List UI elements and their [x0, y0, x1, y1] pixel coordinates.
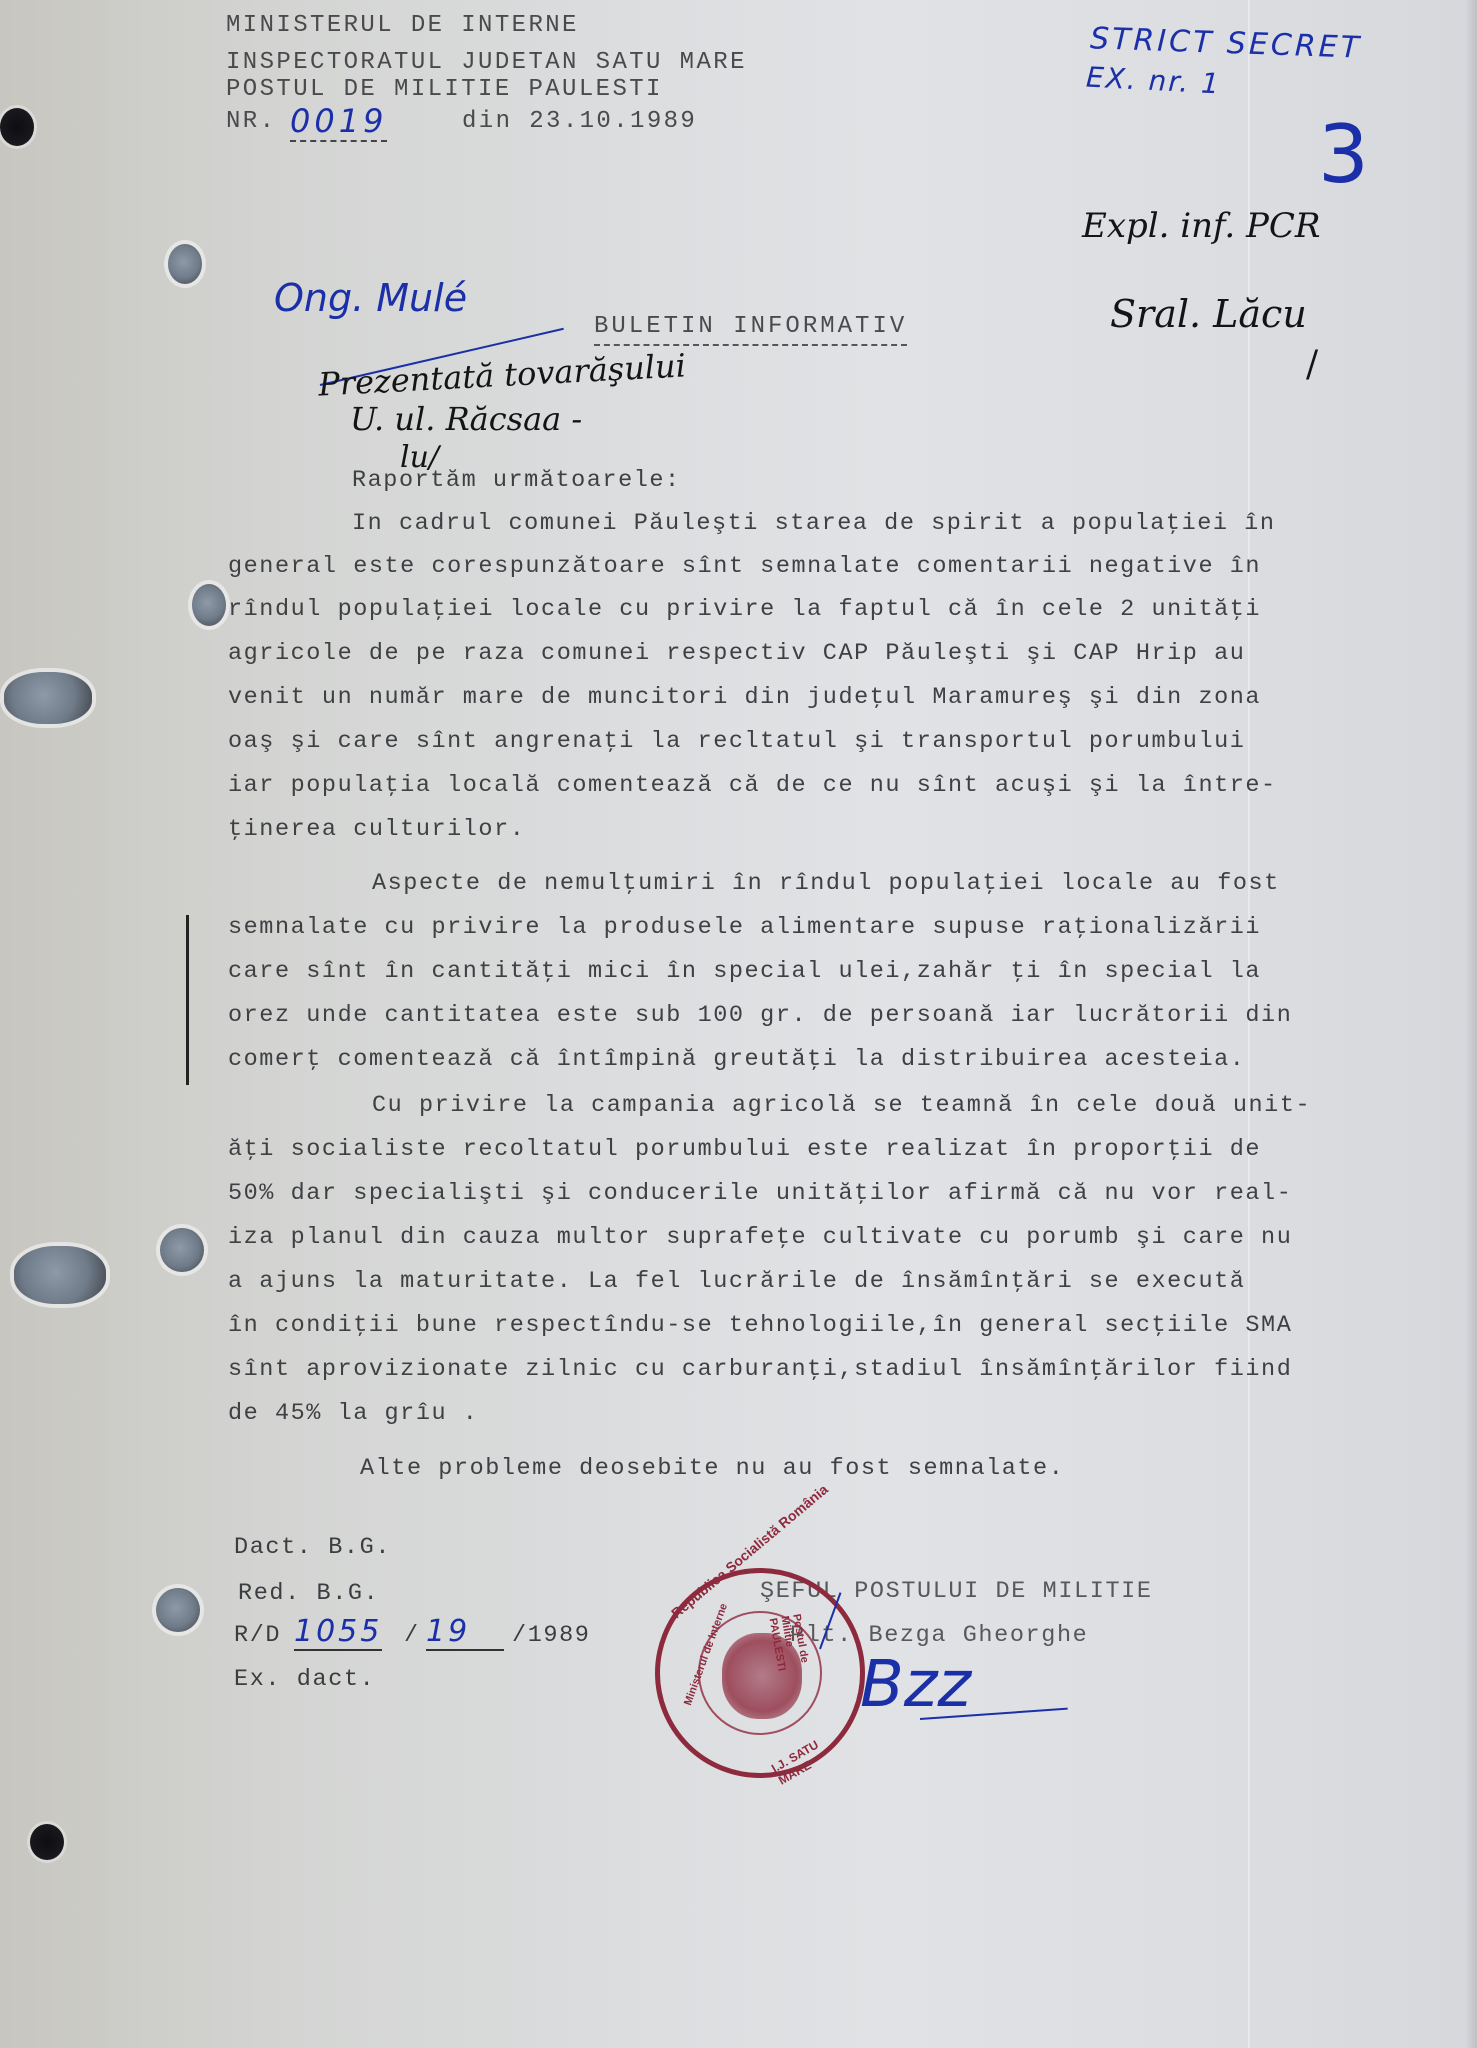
- punch-hole-icon: [160, 1228, 204, 1272]
- annotation-left-blue: Ong. Mulé: [274, 276, 467, 320]
- annotation-right-mark: /: [1306, 344, 1318, 385]
- body-line: iza planul din cauza multor suprafeţe cu…: [228, 1224, 1292, 1251]
- signature: Bzz: [860, 1648, 971, 1722]
- body-line: semnalate cu privire la produsele alimen…: [228, 914, 1261, 941]
- footer-red: Red. B.G.: [238, 1582, 379, 1606]
- body-line: ăţi socialiste recoltatul porumbului est…: [228, 1136, 1261, 1163]
- punch-hole-icon: [168, 244, 202, 284]
- punch-hole-icon: [14, 1246, 106, 1304]
- footer-rd-prefix: R/D: [234, 1624, 281, 1648]
- body-line: Raportăm următoarele:: [352, 467, 681, 494]
- footer-dact: Dact. B.G.: [234, 1536, 391, 1560]
- official-stamp: Republica Socialistă România Ministerul …: [655, 1568, 865, 1778]
- body-line: comerţ comentează că întîmpină greutăţi …: [228, 1046, 1245, 1073]
- header-date: din 23.10.1989: [462, 110, 697, 134]
- body-line: sînt aprovizionate zilnic cu carburanţi,…: [228, 1356, 1292, 1383]
- footer-rd-number2: 19: [426, 1614, 504, 1651]
- punch-hole-icon: [192, 584, 226, 626]
- body-line: iar populaţia locală comentează că de ce…: [228, 772, 1277, 799]
- punch-hole-icon: [0, 108, 34, 146]
- classification-strict-secret: STRICT SECRET: [1089, 21, 1362, 65]
- footer-rd-sep: /: [404, 1624, 420, 1648]
- footer-ex: Ex. dact.: [234, 1668, 375, 1692]
- annotation-right-note-2: Sral. Lăcu: [1110, 292, 1307, 336]
- footer-rd-number: 1055: [294, 1614, 382, 1651]
- body-line: care sînt în cantităţi mici în special u…: [228, 958, 1261, 985]
- body-line: în condiţii bune respectîndu-se tehnolog…: [228, 1312, 1292, 1339]
- body-line: oaş şi care sînt angrenaţi la recltatul …: [228, 728, 1245, 755]
- body-line: venit un număr mare de muncitori din jud…: [228, 684, 1261, 711]
- body-line: orez unde cantitatea este sub 100 gr. de…: [228, 1002, 1292, 1029]
- header-inspectorate: INSPECTORATUL JUDETAN SATU MARE: [226, 51, 747, 75]
- punch-hole-icon: [30, 1824, 64, 1860]
- body-line: general este corespunzătoare sînt semnal…: [228, 553, 1261, 580]
- header-post: POSTUL DE MILITIE PAULESTI: [226, 78, 663, 102]
- body-line: 50% dar specialişti şi conducerile unită…: [228, 1180, 1292, 1207]
- page-number-handwritten: 3: [1318, 108, 1369, 201]
- annotation-right-note-1: Expl. inf. PCR: [1082, 206, 1321, 246]
- paper-edge-shadow: [1465, 0, 1477, 2048]
- body-line: In cadrul comunei Păuleşti starea de spi…: [352, 510, 1276, 537]
- body-line: Alte probleme deosebite nu au fost semna…: [360, 1455, 1064, 1482]
- body-line: de 45% la grîu .: [228, 1400, 478, 1427]
- body-line: ţinerea culturilor.: [228, 816, 525, 843]
- header-nr-value: 0019: [290, 102, 387, 142]
- body-line: a ajuns la maturitate. La fel lucrările …: [228, 1268, 1245, 1295]
- annotation-left-black-2: U. ul. Răcsaa -: [350, 400, 582, 438]
- header-ministry: MINISTERUL DE INTERNE: [226, 14, 579, 38]
- document-title: BULETIN INFORMATIV: [594, 313, 907, 346]
- header-nr-label: NR.: [226, 110, 276, 134]
- footer-rd-year: /1989: [512, 1624, 591, 1648]
- punch-hole-icon: [4, 672, 92, 724]
- body-line: Cu privire la campania agricolă se teamn…: [372, 1092, 1311, 1119]
- body-line: rîndul populaţiei locale cu privire la f…: [228, 596, 1261, 623]
- document-page: MINISTERUL DE INTERNE INSPECTORATUL JUDE…: [0, 0, 1477, 2048]
- annotation-left-black-1: Prezentată tovarăşului: [317, 346, 686, 403]
- punch-hole-icon: [156, 1588, 200, 1632]
- classification-copy-number: EX. nr. 1: [1085, 60, 1222, 100]
- margin-mark: [186, 915, 189, 1085]
- body-line: Aspecte de nemulţumiri în rîndul populaţ…: [372, 870, 1280, 897]
- body-line: agricole de pe raza comunei respectiv CA…: [228, 640, 1245, 667]
